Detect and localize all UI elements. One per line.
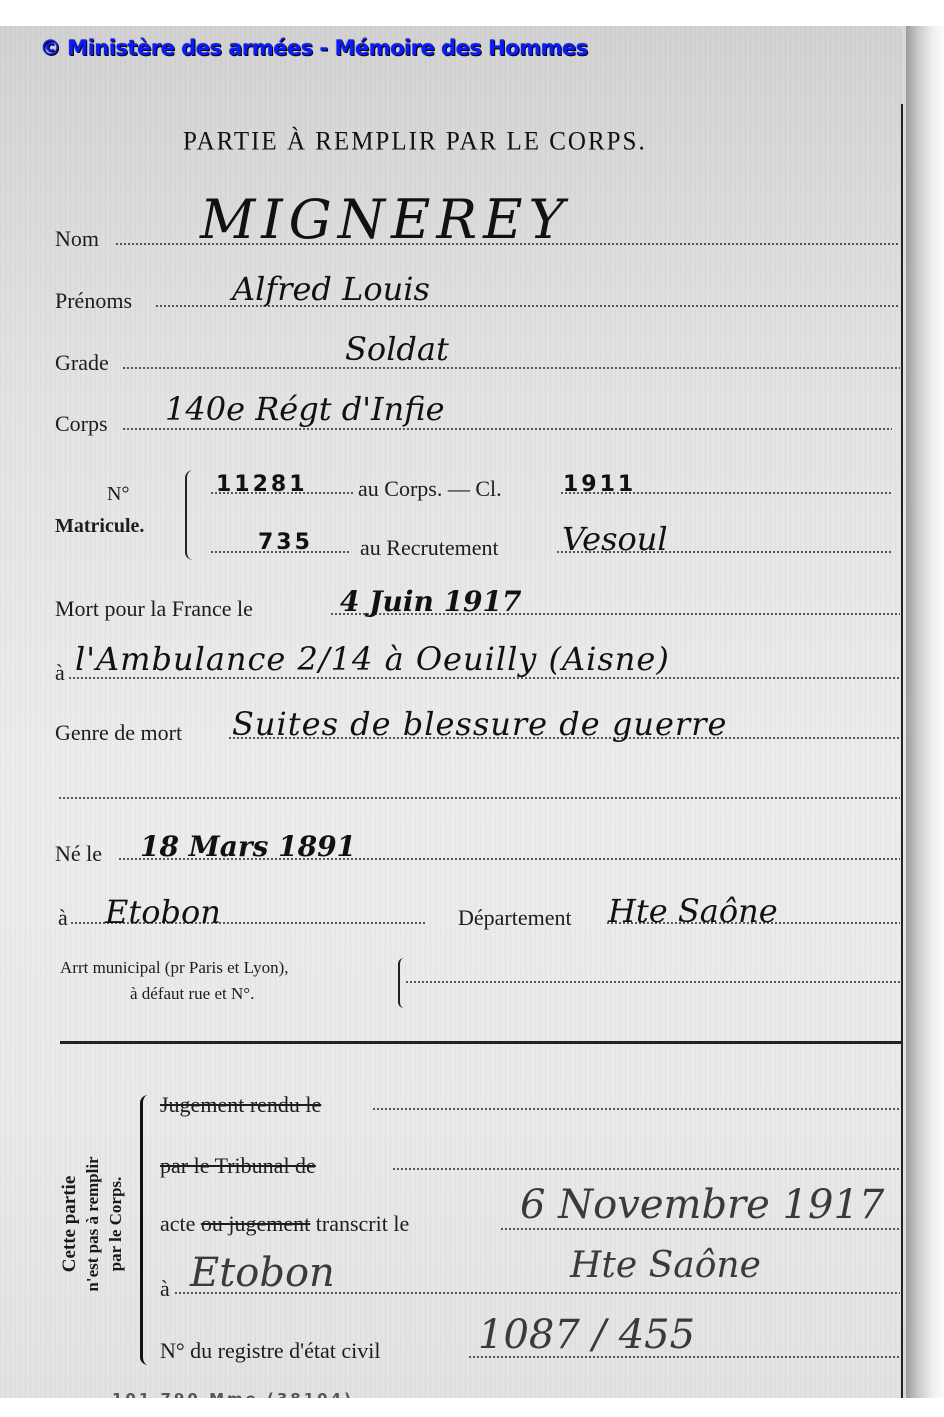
lieu-mort-label: à (55, 660, 65, 686)
tribunal-label: par le Tribunal de (160, 1153, 316, 1179)
nom-label: Nom (55, 226, 99, 252)
lieu-naissance-value: Etobon (105, 893, 221, 931)
departement-label: Département (458, 905, 572, 931)
arrondissement-brace (398, 958, 404, 1008)
grade-value: Soldat (345, 330, 449, 368)
lower-section-brace (140, 1095, 148, 1365)
lieu-transcription-value: Etobon (190, 1250, 335, 1296)
prenoms-value: Alfred Louis (232, 270, 430, 308)
lieu-mort-value: l'Ambulance 2/14 à Oeuilly (Aisne) (75, 640, 670, 678)
arrondissement-label-line2: à défaut rue et N°. (130, 984, 254, 1004)
transcription-label: acte ou jugement transcrit le (160, 1211, 409, 1237)
prenoms-label: Prénoms (55, 288, 132, 314)
form-heading: PARTIE À REMPLIR PAR LE CORPS. (183, 127, 647, 156)
right-border-rule (901, 104, 903, 1398)
recrutement-label: au Recrutement (360, 535, 499, 561)
transcription-label-struck: ou jugement (201, 1211, 310, 1236)
corps-dotted-line (122, 428, 892, 430)
transcription-label-prefix: acte (160, 1211, 201, 1236)
copyright-watermark: © Ministère des armées - Mémoire des Hom… (40, 36, 588, 60)
side-note-line1: Cette partie (58, 1134, 81, 1314)
genre-mort-label: Genre de mort (55, 720, 182, 746)
transcription-label-suffix: transcrit le (310, 1211, 409, 1236)
grade-label: Grade (55, 350, 109, 376)
side-note: Cette partie n'est pas à remplir par le … (58, 1134, 138, 1314)
corps-label: Corps (55, 411, 108, 437)
corps-value: 140e Régt d'Infie (165, 390, 445, 428)
registre-value: 1087 / 455 (478, 1312, 695, 1358)
departement-value: Hte Saône (608, 892, 778, 930)
recrutement-place: Vesoul (562, 520, 668, 558)
genre-mort-continuation-line (58, 797, 900, 799)
lieu-transcription-label: à (160, 1276, 170, 1302)
arrondissement-label-line1: Arrt municipal (pr Paris et Lyon), (60, 958, 289, 978)
arrondissement-dotted-line (405, 981, 900, 983)
classe-value: 1911 (563, 472, 636, 497)
page-edge (906, 26, 944, 1398)
matricule-brace (185, 470, 193, 560)
lieu-transcription-dept: Hte Saône (570, 1245, 761, 1286)
mort-date: 4 Juin 1917 (340, 585, 522, 618)
lieu-naissance-label: à (58, 905, 68, 931)
naissance-date: 18 Mars 1891 (140, 830, 356, 863)
matricule-label: Matricule. (55, 515, 144, 538)
matricule-corps-number: 11281 (216, 472, 308, 497)
transcription-dotted-line (500, 1228, 900, 1230)
section-separator (60, 1041, 902, 1044)
nom-value: MIGNEREY (200, 188, 570, 251)
grade-dotted-line (122, 367, 900, 369)
naissance-label: Né le (55, 841, 102, 867)
genre-mort-value: Suites de blessure de guerre (232, 705, 727, 743)
jugement-label: Jugement rendu le (160, 1092, 321, 1118)
mort-label: Mort pour la France le (55, 596, 253, 622)
jugement-dotted-line (372, 1108, 900, 1110)
registre-label: N° du registre d'état civil (160, 1338, 380, 1364)
matricule-corps-label: au Corps. — Cl. (358, 476, 502, 502)
matricule-recrutement-number: 735 (258, 530, 313, 555)
matricule-label-no: N° (107, 483, 129, 506)
side-note-line2: n'est pas à remplir (81, 1134, 104, 1314)
side-note-line3: par le Corps. (104, 1134, 127, 1314)
printer-code: 101 790 Mme (38104) (112, 1390, 354, 1398)
tribunal-dotted-line (392, 1168, 900, 1170)
transcription-date: 6 Novembre 1917 (520, 1182, 884, 1228)
